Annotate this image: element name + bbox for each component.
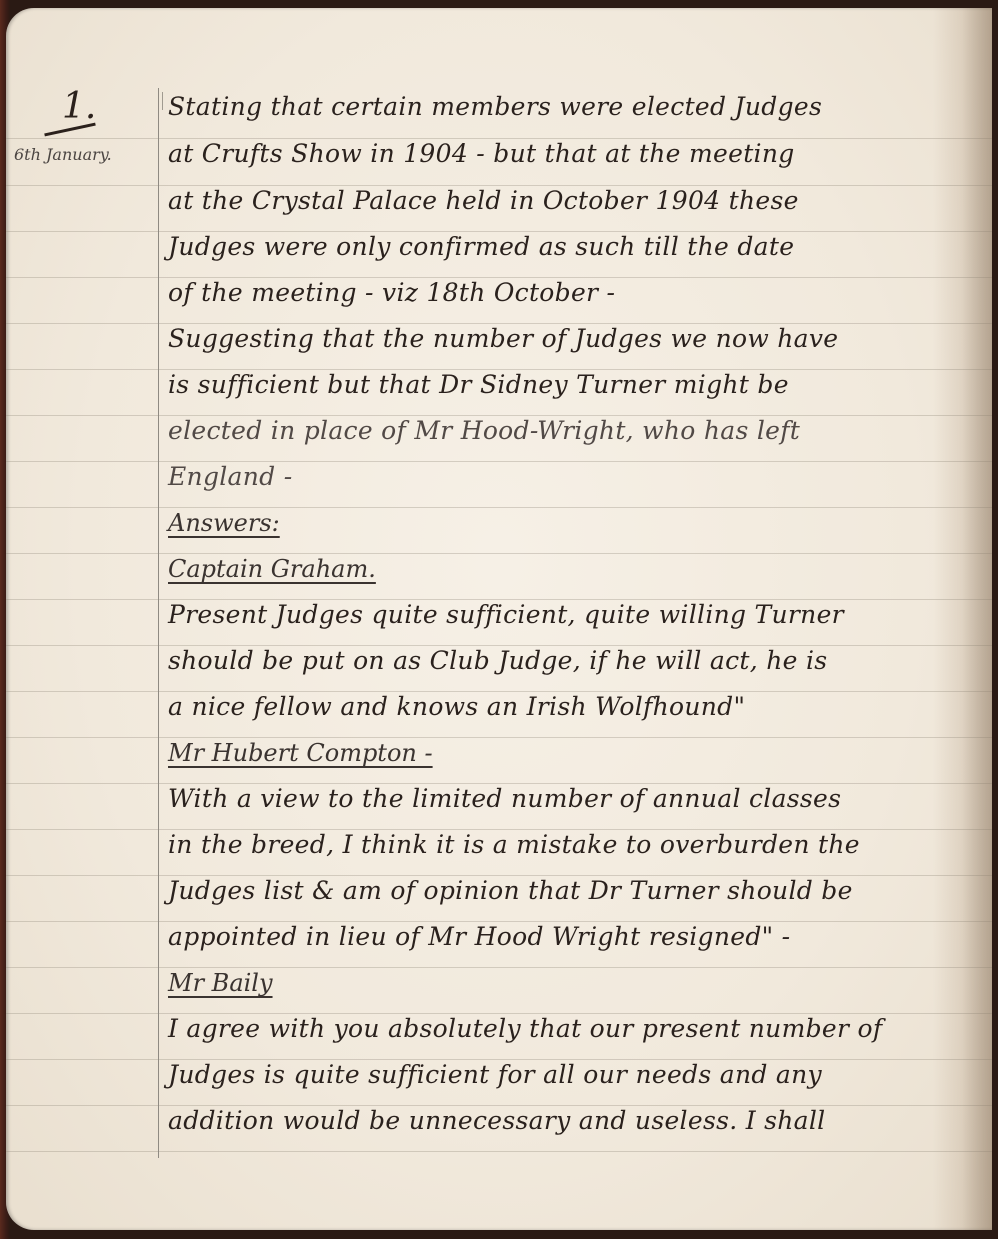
- suggestion-line: Suggesting that the number of Judges we …: [168, 324, 968, 354]
- respondent-name: Mr Baily: [168, 968, 273, 998]
- book: 1. 6th January. Stating that certain mem…: [0, 0, 998, 1239]
- response-line: appointed in lieu of Mr Hood Wright resi…: [168, 922, 968, 952]
- statement-line: at the Crystal Palace held in October 19…: [168, 186, 968, 216]
- ruled-line: [6, 1151, 992, 1152]
- response-line: a nice fellow and knows an Irish Wolfhou…: [168, 692, 968, 722]
- statement-line: Stating that certain members were electe…: [168, 92, 968, 122]
- entry-number: 1.: [62, 86, 96, 127]
- notebook-page: 1. 6th January. Stating that certain mem…: [6, 8, 992, 1230]
- spine-shadow: [962, 8, 992, 1230]
- statement-line: at Crufts Show in 1904 - but that at the…: [168, 139, 968, 169]
- margin-line-double: [162, 92, 163, 110]
- answers-heading: Answers:: [168, 508, 280, 538]
- statement-line: of the meeting - viz 18th October -: [168, 278, 968, 308]
- response-line: addition would be unnecessary and useles…: [168, 1106, 968, 1136]
- ruled-line: [6, 967, 992, 968]
- response-line: in the breed, I think it is a mistake to…: [168, 830, 968, 860]
- margin-line: [158, 88, 159, 1158]
- ruled-line: [6, 507, 992, 508]
- response-line: Judges is quite sufficient for all our n…: [168, 1060, 968, 1090]
- response-line: should be put on as Club Judge, if he wi…: [168, 646, 968, 676]
- response-line: I agree with you absolutely that our pre…: [168, 1014, 968, 1044]
- suggestion-line: elected in place of Mr Hood-Wright, who …: [168, 416, 968, 446]
- ruled-line: [6, 553, 992, 554]
- suggestion-line: is sufficient but that Dr Sidney Turner …: [168, 370, 968, 400]
- entry-date: 6th January.: [14, 145, 112, 164]
- respondent-name: Mr Hubert Compton -: [168, 738, 433, 768]
- response-line: With a view to the limited number of ann…: [168, 784, 968, 814]
- response-line: Judges list & am of opinion that Dr Turn…: [168, 876, 968, 906]
- statement-line: Judges were only confirmed as such till …: [168, 232, 968, 262]
- suggestion-line: England -: [168, 462, 968, 492]
- respondent-name: Captain Graham.: [168, 554, 376, 584]
- ruled-line: [6, 737, 992, 738]
- response-line: Present Judges quite sufficient, quite w…: [168, 600, 968, 630]
